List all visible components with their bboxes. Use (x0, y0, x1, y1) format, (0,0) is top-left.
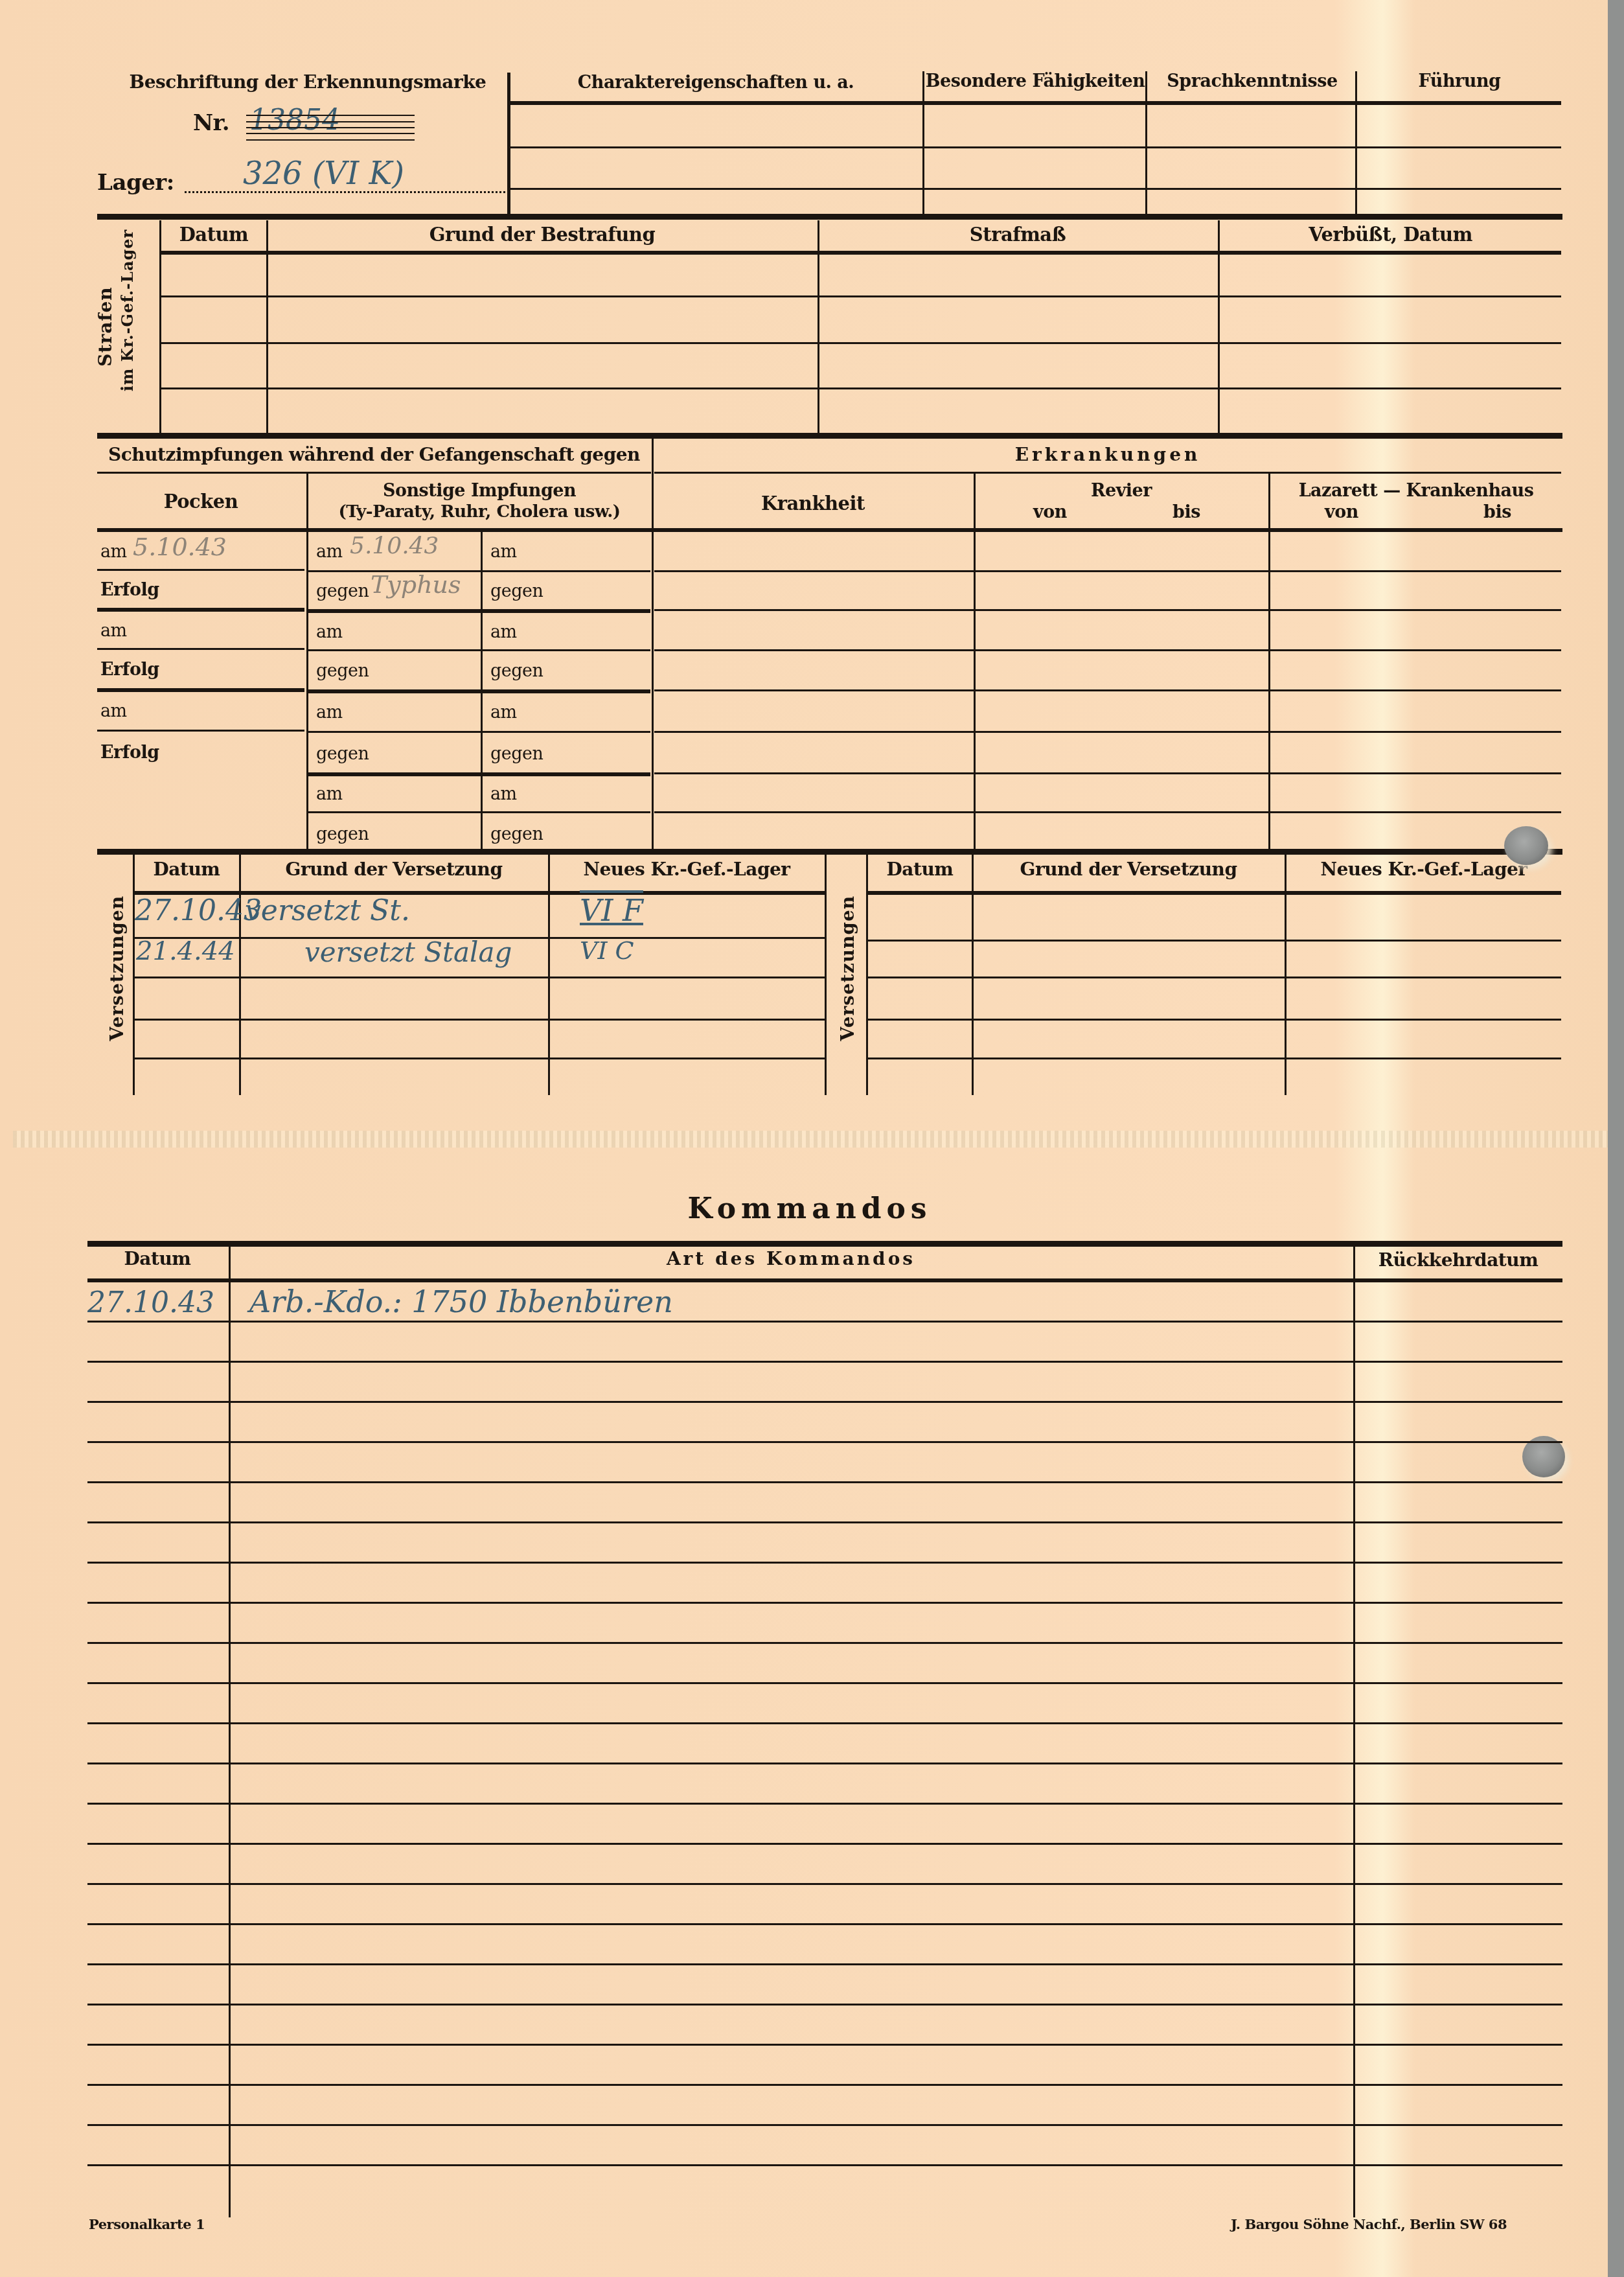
other-vacc-label: am (490, 622, 517, 642)
kommandos-row-rule (87, 1562, 1562, 1564)
other-vacc-label: gegen (490, 581, 543, 601)
other-vacc-label: gegen (316, 661, 369, 681)
other-vacc-rule (308, 811, 650, 813)
pocken-label: am (100, 621, 127, 641)
illnesses-col-revier: Revier (976, 481, 1267, 501)
transfers-right-col-date: Datum (868, 859, 972, 880)
kommandos-top-rule (87, 1241, 1562, 1247)
transfers-right-row-rule (867, 977, 1561, 978)
illnesses-row-rule (654, 689, 1561, 691)
punishments-col-reason: Grund der Bestrafung (268, 224, 816, 246)
other-vacc-rule (308, 609, 650, 613)
illnesses-title: Erkrankungen (654, 444, 1561, 465)
traits-col-character: Charaktereigenschaften u. a. (512, 73, 920, 93)
kommandos-title: Kommandos (583, 1192, 1036, 1225)
traits-header-rule (509, 101, 1561, 105)
kommandos-row-rule (87, 1321, 1562, 1323)
other-vacc-label: am (316, 702, 343, 722)
punishments-row-rule (161, 342, 1561, 344)
other-vacc-label: gegen (490, 824, 543, 844)
pocken-label: am (100, 542, 127, 562)
transfer-camp: VI F (580, 893, 643, 928)
kommandos-row-rule (87, 2004, 1562, 2005)
transfers-right-row-rule (867, 1019, 1561, 1021)
kommandos-row-rule (87, 1923, 1562, 1925)
lager-label: Lager: (97, 170, 174, 196)
other-vacc-rule (308, 570, 650, 572)
nr-value: 13854 (249, 104, 340, 137)
kommandos-row-rule (87, 1521, 1562, 1523)
transfers-left-right-border (825, 854, 827, 1095)
other-vacc-rule (308, 689, 650, 693)
other-vacc-label: am (316, 622, 343, 642)
card-fold-crease (13, 1131, 1608, 1148)
illnesses-lazarett-to: bis (1483, 502, 1511, 522)
transfer-camp: VI C (580, 936, 634, 965)
illnesses-row-rule (654, 731, 1561, 733)
punishments-col-sentence: Strafmaß (819, 224, 1216, 246)
nr-strike-line (246, 115, 415, 116)
nr-strike-line (246, 133, 415, 134)
other-vacc-label: am (490, 784, 517, 804)
kommandos-row-rule (87, 1602, 1562, 1604)
traits-row-rule (509, 188, 1561, 190)
nr-strike-line (246, 139, 415, 141)
footer-form-id: Personalkarte 1 (89, 2216, 205, 2232)
other-vacc-label: gegen (316, 744, 369, 764)
kommando-type: Arb.-Kdo.: 1750 Ibbenbüren (249, 1284, 673, 1319)
other-vacc-label: am (316, 784, 343, 804)
transfer-date: 27.10.43 (135, 894, 262, 927)
nr-label: Nr. (193, 110, 229, 136)
transfers-right-header-rule (867, 891, 1561, 895)
transfers-right-col-reason: Grund der Versetzung (974, 859, 1283, 880)
other-vacc-label: am (490, 702, 517, 722)
illnesses-row-rule (654, 609, 1561, 611)
kommandos-col-type: Art des Kommandos (231, 1248, 1351, 1269)
kommandos-divider (1353, 1245, 1355, 2217)
transfer-reason: versetzt Stalag (304, 936, 512, 968)
illnesses-row-rule (654, 649, 1561, 651)
section-rule (97, 849, 1562, 855)
kommandos-divider (229, 1245, 231, 2217)
other-vacc-rule (308, 772, 650, 776)
nr-strike-line (246, 127, 415, 128)
vaccinations-col-other-2: (Ty-Paraty, Ruhr, Cholera usw.) (308, 502, 650, 522)
illnesses-row-rule (654, 772, 1561, 774)
transfers-left-col-reason: Grund der Versetzung (241, 859, 547, 880)
other-vacc-label: am (316, 542, 343, 562)
pocken-label: Erfolg (100, 743, 159, 763)
vaccinations-title-rule (97, 472, 651, 474)
illnesses-col-lazarett: Lazarett — Krankenhaus (1270, 481, 1562, 501)
kommandos-col-date: Datum (87, 1248, 227, 1269)
kommandos-row-rule (87, 2164, 1562, 2166)
transfers-right-row-rule (867, 1058, 1561, 1059)
kommandos-row-rule (87, 1722, 1562, 1724)
kommandos-row-rule (87, 1441, 1562, 1443)
vaccinations-col-pocken: Pocken (97, 491, 304, 513)
illnesses-title-rule (654, 472, 1561, 474)
personnel-card-page: Beschriftung der Erkennungsmarke Nr. 138… (0, 0, 1608, 2277)
illnesses-row-rule (654, 811, 1561, 813)
kommandos-row-rule (87, 2044, 1562, 2046)
other-vacc-rule (308, 731, 650, 733)
section-rule (97, 214, 1562, 220)
kommandos-header-rule (87, 1278, 1562, 1282)
other-vacc-value: 5.10.43 (350, 533, 439, 559)
punishments-col-date: Datum (162, 224, 266, 246)
traits-divider (922, 71, 924, 215)
vaccinations-col-other-1: Sonstige Impfungen (308, 481, 650, 501)
traits-col-conduct: Führung (1359, 71, 1560, 91)
kommandos-row-rule (87, 1401, 1562, 1403)
footer-printer: J. Bargou Söhne Nachf., Berlin SW 68 (1231, 2216, 1507, 2232)
other-vacc-rule (308, 649, 650, 651)
kommandos-row-rule (87, 2124, 1562, 2126)
pocken-label: am (100, 701, 127, 721)
kommandos-row-rule (87, 1682, 1562, 1684)
transfers-right-side-label: Versetzungen (837, 912, 858, 1041)
transfers-left-row-rule (134, 1019, 825, 1021)
pocken-rule (97, 608, 304, 612)
kommandos-row-rule (87, 1361, 1562, 1363)
kommandos-row-rule (87, 1803, 1562, 1805)
punishments-row-rule (161, 387, 1561, 389)
transfer-date: 21.4.44 (136, 936, 235, 966)
transfers-left-side-label: Versetzungen (106, 912, 128, 1041)
other-vacc-label: gegen (490, 744, 543, 764)
transfers-right-row-rule (867, 940, 1561, 942)
illnesses-col-illness: Krankheit (654, 492, 972, 514)
punishments-header-rule (161, 251, 1561, 255)
kommandos-row-rule (87, 1883, 1562, 1885)
traits-row-rule (509, 146, 1561, 148)
pocken-rule (97, 569, 304, 571)
transfer-reason: versetzt St. (245, 894, 410, 927)
kommandos-row-rule (87, 1843, 1562, 1845)
vaccinations-right-border (652, 435, 654, 850)
punishments-col-served: Verbüßt, Datum (1220, 224, 1561, 246)
lager-value: 326 (VI K) (243, 156, 404, 192)
traits-divider (1145, 71, 1147, 215)
punishments-side-label: Strafen im Kr.-Gef.-Lager (95, 262, 139, 391)
kommandos-row-rule (87, 2084, 1562, 2086)
other-vacc-label: gegen (316, 824, 369, 844)
traits-col-skills: Besondere Fähigkeiten (925, 71, 1145, 91)
traits-left-border (507, 73, 510, 215)
tag-inscription-title: Beschriftung der Erkennungsmarke (126, 71, 489, 93)
traits-col-languages: Sprachkenntnisse (1149, 71, 1356, 91)
other-vacc-label: am (490, 542, 517, 562)
punishments-side-label-1: Strafen (95, 262, 117, 391)
vaccinations-title: Schutzimpfungen während der Gefangenscha… (97, 444, 651, 465)
punishments-side-label-2: im Kr.-Gef.-Lager (117, 262, 139, 391)
vaccinations-header-rule (97, 528, 1562, 532)
illnesses-lazarett-from: von (1325, 502, 1358, 522)
kommandos-row-rule (87, 1763, 1562, 1764)
kommando-date: 27.10.43 (87, 1286, 214, 1319)
kommandos-col-return: Rückkehrdatum (1355, 1249, 1561, 1271)
pocken-rule (97, 730, 304, 732)
transfers-left-row-rule (134, 1058, 825, 1059)
kommandos-row-rule (87, 1963, 1562, 1965)
transfers-left-row-rule (134, 977, 825, 978)
illnesses-revier-to: bis (1172, 502, 1200, 522)
other-vacc-value: Typhus (371, 570, 461, 599)
transfers-left-col-camp: Neues Kr.-Gef.-Lager (550, 859, 823, 880)
hole-punch (1504, 826, 1548, 865)
kommandos-row-rule (87, 1481, 1562, 1483)
pocken-label: Erfolg (100, 660, 159, 680)
kommandos-row-rule (87, 1642, 1562, 1644)
transfers-left-col-date: Datum (135, 859, 238, 880)
pocken-value: 5.10.43 (133, 533, 227, 561)
illnesses-row-rule (654, 570, 1561, 572)
section-rule (97, 433, 1562, 439)
pocken-rule (97, 648, 304, 650)
other-vacc-label: gegen (490, 661, 543, 681)
nr-strike-line (246, 121, 415, 122)
illnesses-revier-from: von (1033, 502, 1067, 522)
pocken-label: Erfolg (100, 580, 159, 600)
punishments-row-rule (161, 295, 1561, 297)
traits-divider (1355, 71, 1357, 215)
pocken-rule (97, 688, 304, 692)
other-vacc-label: gegen (316, 581, 369, 601)
